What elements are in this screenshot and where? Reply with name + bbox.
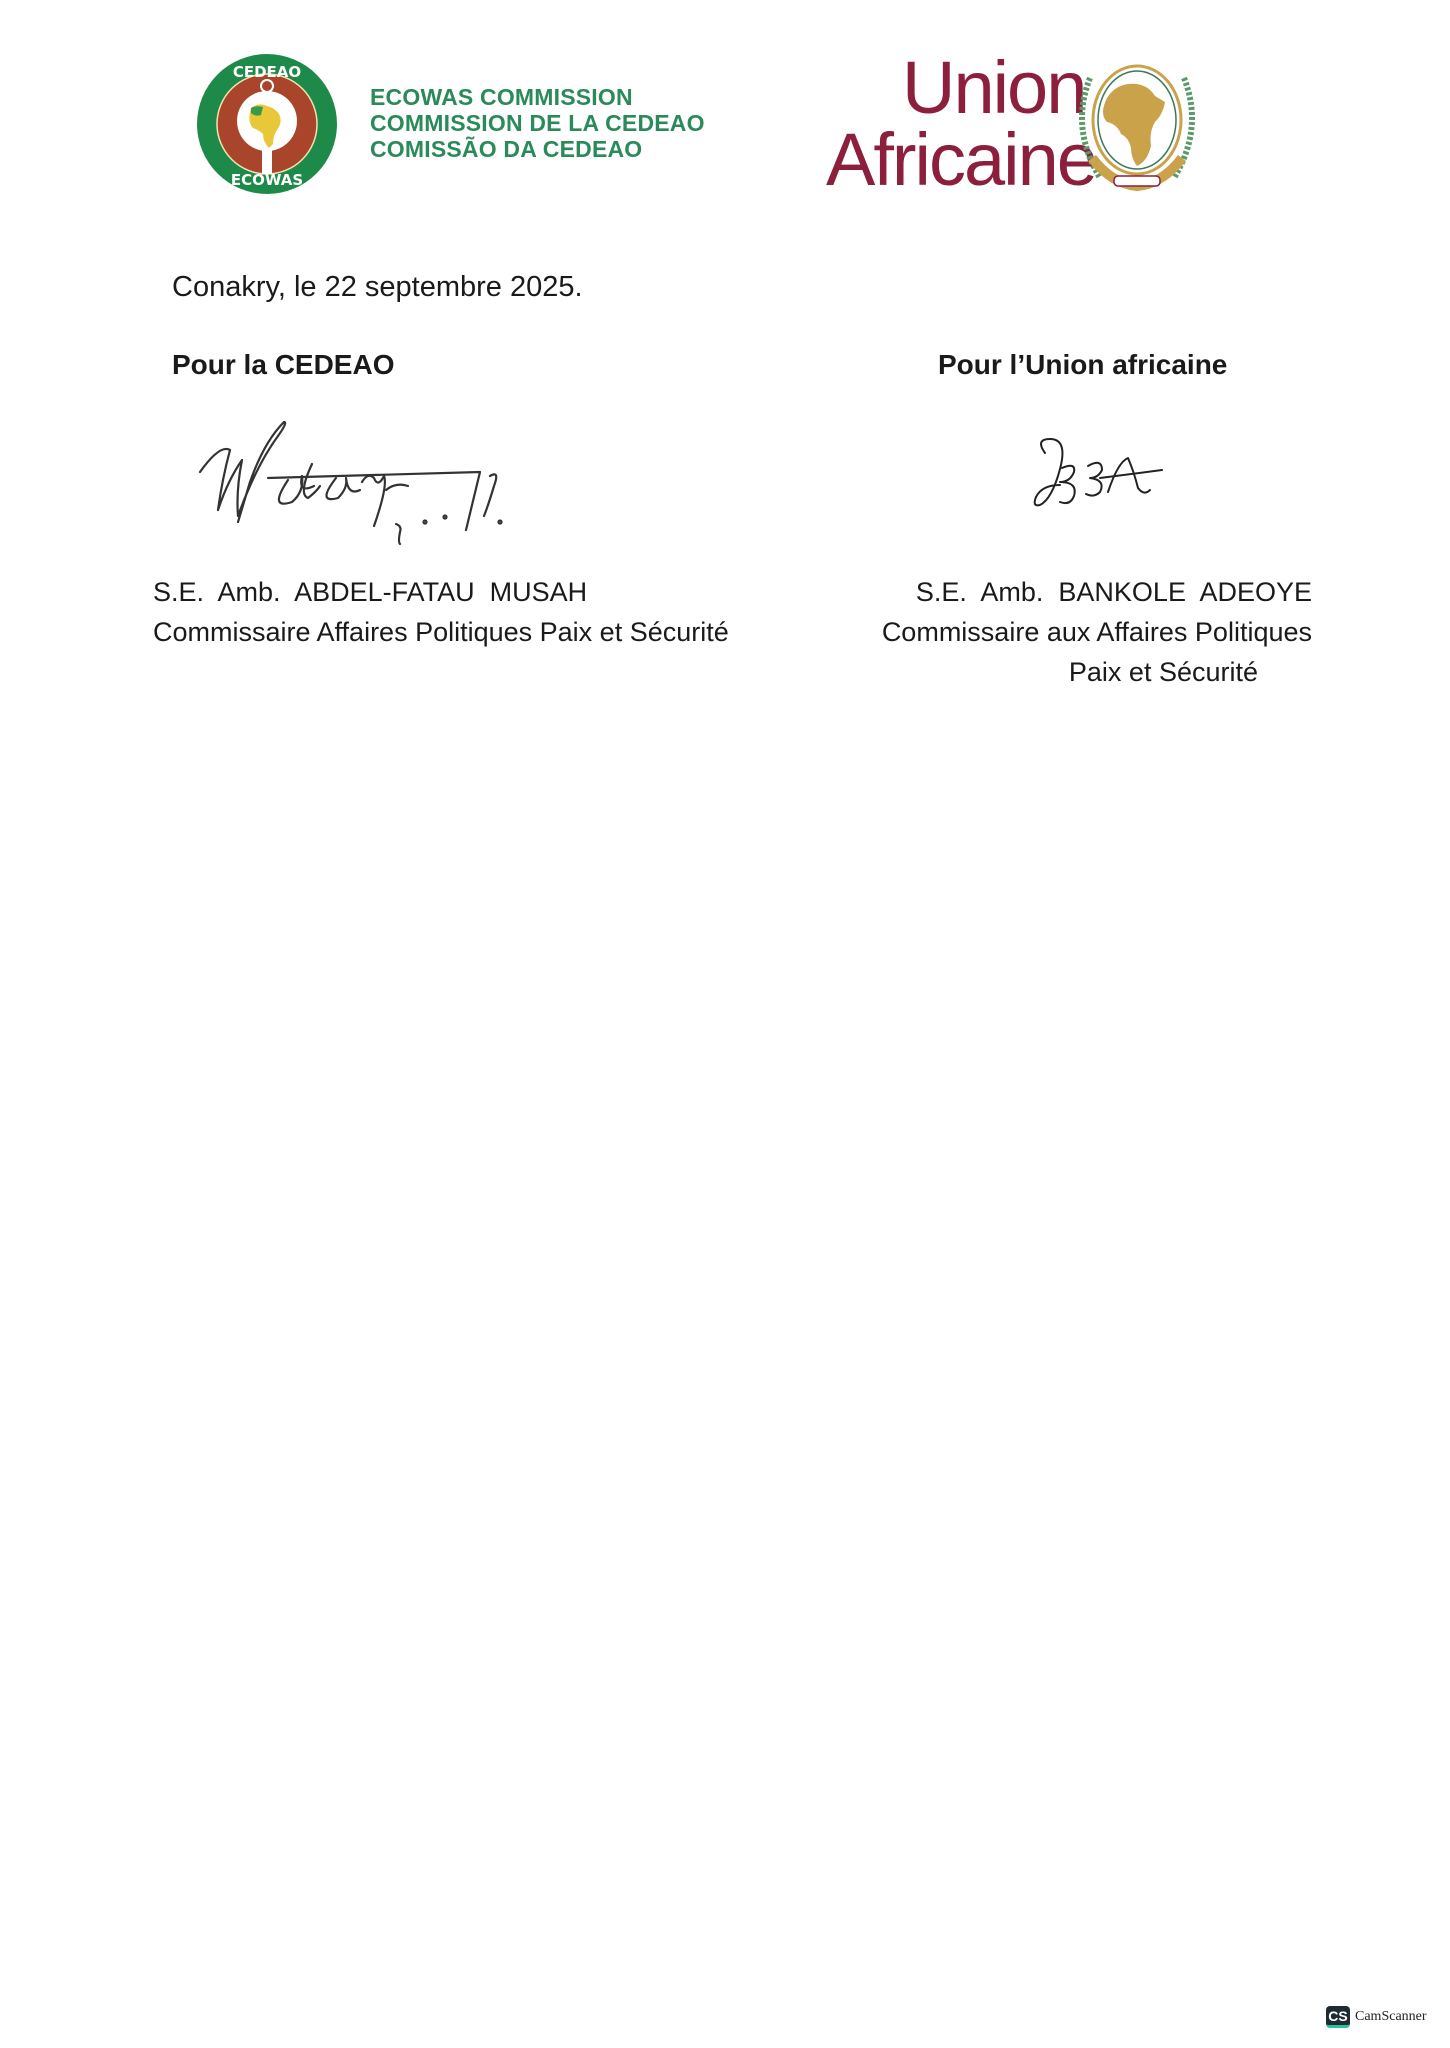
ecowas-commission-title: ECOWAS COMMISSION COMMISSION DE LA CEDEA… [370,84,705,162]
african-union-wordmark: Union Africaine [826,52,1096,196]
african-union-emblem-icon [1072,58,1202,196]
signatory-block-au: S.E. Amb. BANKOLE ADEOYE Commissaire aux… [850,572,1312,692]
au-word-union: Union [826,52,1096,124]
camscanner-logo-icon: CS [1326,2006,1350,2028]
signatory-label-ecowas: Pour la CEDEAO [172,349,394,381]
signatory-name-au: S.E. Amb. BANKOLE ADEOYE [850,572,1312,612]
au-word-africaine: Africaine [826,124,1096,196]
ecowas-line-en: ECOWAS COMMISSION [370,84,705,110]
signatory-title-ecowas: Commissaire Affaires Politiques Paix et … [153,612,729,652]
signatory-title-au-line1: Commissaire aux Affaires Politiques [850,612,1312,652]
place-and-date: Conakry, le 22 septembre 2025. [172,271,583,304]
svg-text:CEDEAO: CEDEAO [233,63,301,81]
signatory-block-ecowas: S.E. Amb. ABDEL-FATAU MUSAH Commissaire … [153,572,729,652]
signatory-label-au: Pour l’Union africaine [938,349,1227,381]
signature-ecowas [190,420,530,585]
signature-au [990,428,1190,533]
svg-text:ECOWAS: ECOWAS [231,171,303,189]
ecowas-line-pt: COMISSÃO DA CEDEAO [370,136,705,162]
ecowas-line-fr: COMMISSION DE LA CEDEAO [370,110,705,136]
camscanner-watermark: CS CamScanner [1326,2006,1427,2028]
signatory-title-au-line2: Paix et Sécurité [850,652,1312,692]
signatory-name-ecowas: S.E. Amb. ABDEL-FATAU MUSAH [153,572,729,612]
camscanner-label: CamScanner [1355,2009,1427,2025]
ecowas-emblem-icon: CEDEAO ECOWAS [196,53,338,195]
